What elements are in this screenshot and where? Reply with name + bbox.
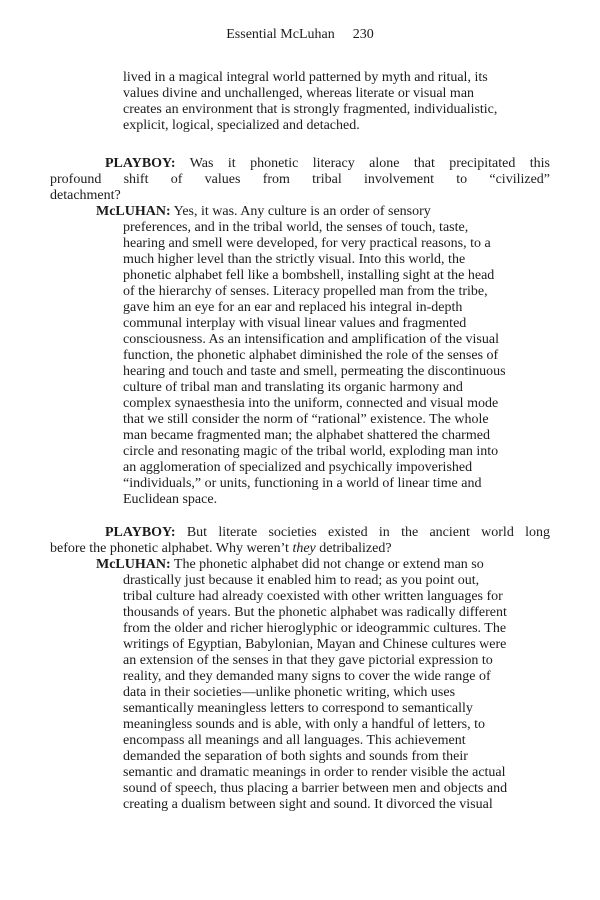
text-line: profound shift of values from tribal inv… xyxy=(50,172,550,188)
text-segment: an extension of the senses in that they … xyxy=(123,653,493,668)
text-line: phonetic alphabet fell like a bombshell,… xyxy=(123,268,550,284)
text-line: drastically just because it enabled him … xyxy=(123,573,550,589)
mcluhan-answer-2: McLUHAN: The phonetic alphabet did not c… xyxy=(50,557,550,813)
text-line: semantically meaningless letters to corr… xyxy=(123,701,550,717)
text-line: writings of Egyptian, Babylonian, Mayan … xyxy=(123,637,550,653)
text-line: creates an environment that is strongly … xyxy=(123,102,550,118)
mcluhan-answer-1: McLUHAN: Yes, it was. Any culture is an … xyxy=(50,204,550,508)
text-line: Euclidean space. xyxy=(123,492,550,508)
text-segment: encompass all meanings and all languages… xyxy=(123,733,466,748)
text-line: that we still consider the norm of “rati… xyxy=(123,412,550,428)
text-segment: thousands of years. But the phonetic alp… xyxy=(123,605,507,620)
text-line: complex synaesthesia into the uniform, c… xyxy=(123,396,550,412)
text-segment: writings of Egyptian, Babylonian, Mayan … xyxy=(123,637,506,652)
speaker-label: PLAYBOY: xyxy=(105,525,176,540)
text-line: of the hierarchy of senses. Literacy pro… xyxy=(123,284,550,300)
text-segment: The phonetic alphabet did not change or … xyxy=(171,557,484,572)
text-segment: hearing and smell were developed, for ve… xyxy=(123,236,491,251)
playboy-question-1: PLAYBOY: Was it phonetic literacy alone … xyxy=(50,156,550,204)
book-page: Essential McLuhan230 lived in a magical … xyxy=(0,0,600,900)
text-segment: drastically just because it enabled him … xyxy=(123,573,479,588)
text-line: man became fragmented man; the alphabet … xyxy=(123,428,550,444)
text-line: explicit, logical, specialized and detac… xyxy=(123,118,550,134)
text-line: McLUHAN: Yes, it was. Any culture is an … xyxy=(96,204,550,220)
text-line: sound of speech, thus placing a barrier … xyxy=(123,781,550,797)
text-segment: sound of speech, thus placing a barrier … xyxy=(123,781,507,796)
text-segment: detribalized? xyxy=(316,541,392,556)
text-line: PLAYBOY: Was it phonetic literacy alone … xyxy=(50,156,550,172)
speaker-label: McLUHAN: xyxy=(96,557,171,572)
text-line: preferences, and in the tribal world, th… xyxy=(123,220,550,236)
playboy-question-2: PLAYBOY: But literate societies existed … xyxy=(50,525,550,557)
text-line: values divine and unchallenged, whereas … xyxy=(123,86,550,102)
mcluhan-answer-continuation: lived in a magical integral world patter… xyxy=(123,70,550,134)
text-segment: before the phonetic alphabet. Why weren’… xyxy=(50,541,292,556)
text-segment: Yes, it was. Any culture is an order of … xyxy=(171,204,431,219)
text-segment: reality, and they demanded many signs to… xyxy=(123,669,491,684)
text-segment: communal interplay with visual linear va… xyxy=(123,316,466,331)
text-line: creating a dualism between sight and sou… xyxy=(123,797,550,813)
text-segment: of the hierarchy of senses. Literacy pro… xyxy=(123,284,488,299)
text-segment: explicit, logical, specialized and detac… xyxy=(123,118,360,133)
text-segment: creates an environment that is strongly … xyxy=(123,102,497,117)
text-line: much higher level than the strictly visu… xyxy=(123,252,550,268)
text-line: circle and resonating magic of the triba… xyxy=(123,444,550,460)
text-segment: culture of tribal man and translating it… xyxy=(123,380,463,395)
text-segment: demanded the separation of both sights a… xyxy=(123,749,468,764)
text-segment: complex synaesthesia into the uniform, c… xyxy=(123,396,498,411)
text-segment: lived in a magical integral world patter… xyxy=(123,70,488,85)
text-segment: from the older and richer hieroglyphic o… xyxy=(123,621,506,636)
text-segment: values divine and unchallenged, whereas … xyxy=(123,86,474,101)
text-line: “individuals,” or units, functioning in … xyxy=(123,476,550,492)
text-line: from the older and richer hieroglyphic o… xyxy=(123,621,550,637)
text-segment: consciousness. As an intensification and… xyxy=(123,332,499,347)
text-line: consciousness. As an intensification and… xyxy=(123,332,550,348)
text-segment: semantic and dramatic meanings in order … xyxy=(123,765,506,780)
book-title: Essential McLuhan xyxy=(226,27,334,42)
text-line: McLUHAN: The phonetic alphabet did not c… xyxy=(96,557,550,573)
text-line: meaningless sounds and is able, with onl… xyxy=(123,717,550,733)
text-segment: circle and resonating magic of the triba… xyxy=(123,444,498,459)
emphasis-text: they xyxy=(292,541,315,556)
text-line: thousands of years. But the phonetic alp… xyxy=(123,605,550,621)
text-line: semantic and dramatic meanings in order … xyxy=(123,765,550,781)
text-line: communal interplay with visual linear va… xyxy=(123,316,550,332)
page-number: 230 xyxy=(353,27,374,42)
text-segment: “individuals,” or units, functioning in … xyxy=(123,476,481,491)
text-line: tribal culture had already coexisted wit… xyxy=(123,589,550,605)
text-segment: tribal culture had already coexisted wit… xyxy=(123,589,503,604)
text-line: reality, and they demanded many signs to… xyxy=(123,669,550,685)
text-line: an agglomeration of specialized and psyc… xyxy=(123,460,550,476)
text-line: culture of tribal man and translating it… xyxy=(123,380,550,396)
text-segment: man became fragmented man; the alphabet … xyxy=(123,428,490,443)
text-segment: gave him an eye for an ear and replaced … xyxy=(123,300,462,315)
page-body: lived in a magical integral world patter… xyxy=(0,70,600,813)
text-segment: But literate societies existed in the an… xyxy=(176,525,550,540)
text-segment: function, the phonetic alphabet diminish… xyxy=(123,348,498,363)
text-segment: hearing and touch and taste and smell, p… xyxy=(123,364,506,379)
text-line: lived in a magical integral world patter… xyxy=(123,70,550,86)
text-segment: creating a dualism between sight and sou… xyxy=(123,797,493,812)
running-header: Essential McLuhan230 xyxy=(0,0,600,43)
text-line: hearing and smell were developed, for ve… xyxy=(123,236,550,252)
text-line: detachment? xyxy=(50,188,550,204)
speaker-label: PLAYBOY: xyxy=(105,156,176,171)
text-segment: semantically meaningless letters to corr… xyxy=(123,701,473,716)
text-line: before the phonetic alphabet. Why weren’… xyxy=(50,541,550,557)
text-segment: data in their societies—unlike phonetic … xyxy=(123,685,455,700)
text-segment: Euclidean space. xyxy=(123,492,217,507)
text-line: function, the phonetic alphabet diminish… xyxy=(123,348,550,364)
speaker-label: McLUHAN: xyxy=(96,204,171,219)
text-segment: preferences, and in the tribal world, th… xyxy=(123,220,468,235)
text-segment: much higher level than the strictly visu… xyxy=(123,252,465,267)
text-segment: profound shift of values from tribal inv… xyxy=(50,172,550,187)
text-line: data in their societies—unlike phonetic … xyxy=(123,685,550,701)
text-line: encompass all meanings and all languages… xyxy=(123,733,550,749)
text-segment: phonetic alphabet fell like a bombshell,… xyxy=(123,268,494,283)
text-line: an extension of the senses in that they … xyxy=(123,653,550,669)
text-segment: meaningless sounds and is able, with onl… xyxy=(123,717,485,732)
text-segment: Was it phonetic literacy alone that prec… xyxy=(176,156,550,171)
text-line: hearing and touch and taste and smell, p… xyxy=(123,364,550,380)
text-segment: detachment? xyxy=(50,188,121,203)
text-segment: an agglomeration of specialized and psyc… xyxy=(123,460,472,475)
text-line: demanded the separation of both sights a… xyxy=(123,749,550,765)
text-line: gave him an eye for an ear and replaced … xyxy=(123,300,550,316)
text-line: PLAYBOY: But literate societies existed … xyxy=(50,525,550,541)
text-segment: that we still consider the norm of “rati… xyxy=(123,412,489,427)
